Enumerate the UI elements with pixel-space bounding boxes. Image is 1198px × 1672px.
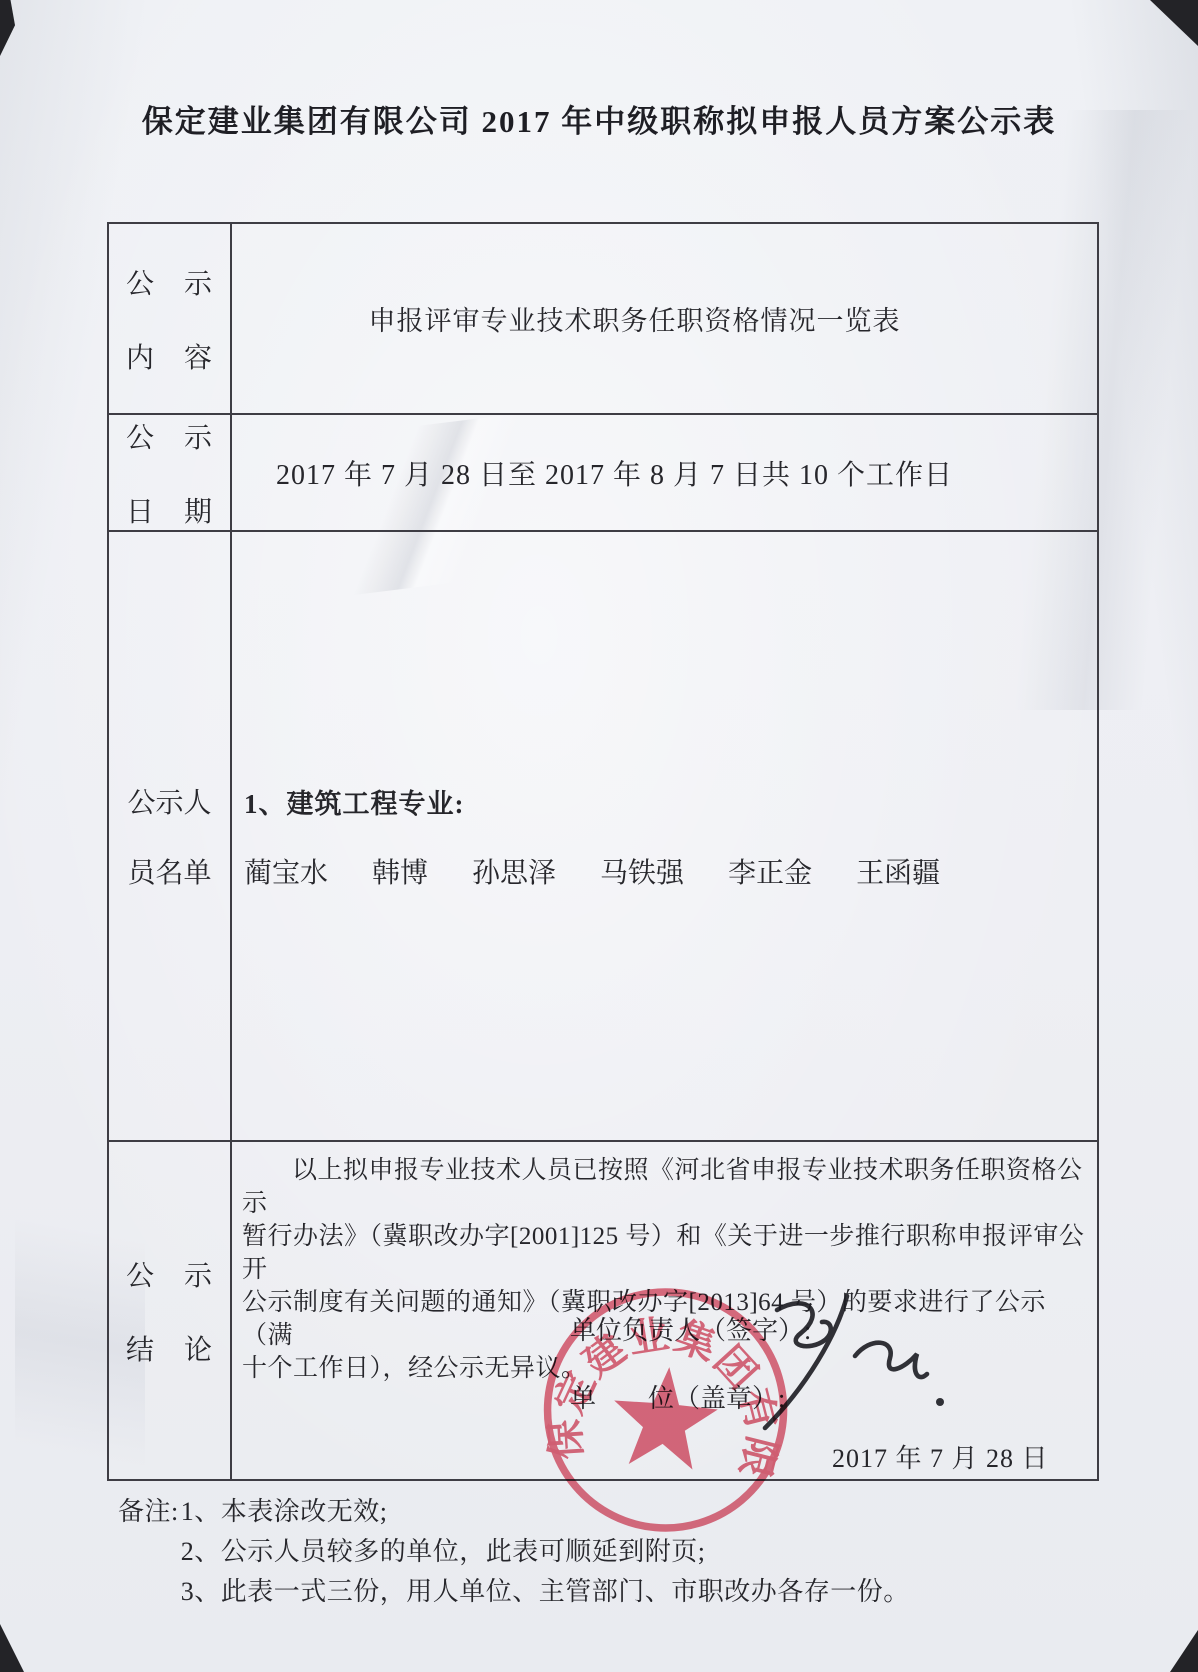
profession-heading: 1、建筑工程专业:	[244, 782, 1097, 821]
notice-date-text: 2017 年 7 月 28 日至 2017 年 8 月 7 日共 10 个工作日	[276, 453, 953, 493]
conclusion-paragraph-line: 以上拟申报专业技术人员已按照《河北省申报专业技术职务任职资格公示	[242, 1154, 1085, 1220]
scan-artifact-corner	[0, 1624, 24, 1672]
row-person-list: 公示人 员名单 1、建筑工程专业: 蔺宝水 韩博 孙思泽 马铁强 李正金 王函疆	[109, 532, 1097, 1142]
label-line: 内 容	[126, 336, 213, 376]
footnotes-items: 1、本表涂改无效; 2、公示人员较多的单位，此表可顺延到附页; 3、此表一式三份…	[181, 1492, 910, 1612]
person-names-line: 蔺宝水 韩博 孙思泽 马铁强 李正金 王函疆	[244, 851, 1097, 891]
footnotes-label: 备注:	[118, 1492, 179, 1612]
person-name: 孙思泽	[472, 851, 556, 891]
person-name: 蔺宝水	[244, 851, 328, 891]
footnote-item: 1、本表涂改无效;	[181, 1492, 910, 1532]
stamp-star-icon	[609, 1363, 721, 1472]
label-line: 结 论	[126, 1328, 213, 1368]
footnote-item: 2、公示人员较多的单位，此表可顺延到附页;	[181, 1532, 910, 1572]
row-notice-date: 公 示 日 期 2017 年 7 月 28 日至 2017 年 8 月 7 日共…	[109, 415, 1097, 532]
row-label-conclusion: 公 示 结 论	[109, 1142, 232, 1479]
label-line: 公 示	[126, 416, 213, 456]
row-label-notice-date: 公 示 日 期	[109, 415, 232, 530]
notice-content-text: 申报评审专业技术职务任职资格情况一览表	[369, 299, 901, 338]
person-name: 马铁强	[600, 851, 684, 891]
label-line: 日 期	[126, 490, 213, 530]
scan-artifact-corner	[1150, 0, 1198, 46]
person-list-cell: 1、建筑工程专业: 蔺宝水 韩博 孙思泽 马铁强 李正金 王函疆	[232, 532, 1097, 1140]
notice-content-cell: 申报评审专业技术职务任职资格情况一览表	[232, 224, 1097, 413]
label-line: 公 示	[126, 1254, 213, 1294]
row-label-person-list: 公示人 员名单	[109, 532, 232, 1140]
scan-artifact-corner	[0, 0, 15, 56]
person-name: 韩博	[372, 851, 428, 891]
row-label-notice-content: 公 示 内 容	[109, 224, 232, 413]
scanned-document-page: 保定建业集团有限公司 2017 年中级职称拟申报人员方案公示表 公 示 内 容 …	[0, 0, 1198, 1672]
footnote-item: 3、此表一式三份，用人单位、主管部门、市职改办各存一份。	[181, 1572, 910, 1612]
footnotes: 备注: 1、本表涂改无效; 2、公示人员较多的单位，此表可顺延到附页; 3、此表…	[118, 1492, 910, 1612]
notice-date-cell: 2017 年 7 月 28 日至 2017 年 8 月 7 日共 10 个工作日	[232, 415, 1097, 530]
document-title: 保定建业集团有限公司 2017 年中级职称拟申报人员方案公示表	[0, 96, 1198, 141]
label-line: 员名单	[127, 851, 211, 891]
person-name: 王函疆	[856, 851, 940, 891]
row-notice-content: 公 示 内 容 申报评审专业技术职务任职资格情况一览表	[109, 224, 1097, 415]
label-line: 公 示	[126, 262, 213, 302]
label-line: 公示人	[127, 781, 211, 821]
scan-artifact-corner	[1170, 1630, 1198, 1672]
person-name: 李正金	[728, 851, 812, 891]
